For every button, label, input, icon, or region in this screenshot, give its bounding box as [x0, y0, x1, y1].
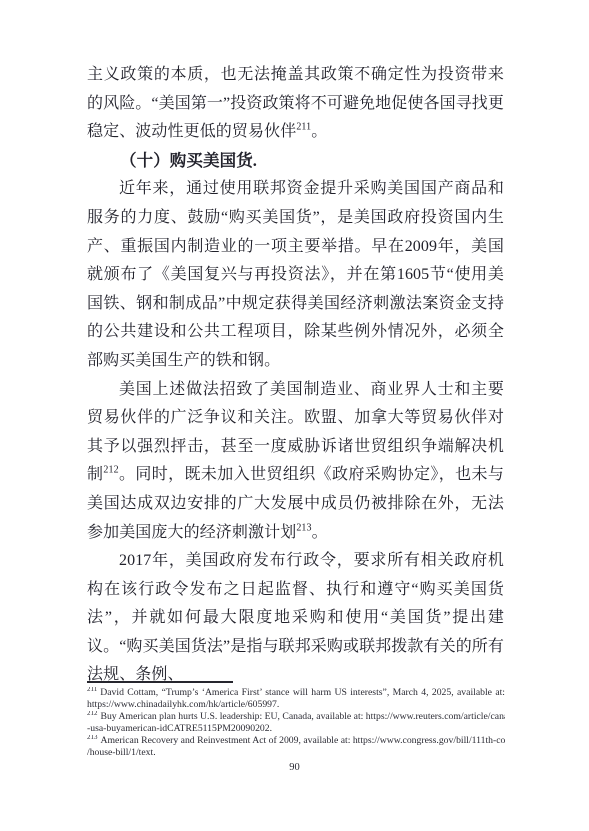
paragraph-continuation: 主义政策的本质，也无法掩盖其政策不确定性为投资带来的风险。“美国第一”投资政策将… — [87, 61, 504, 147]
footnote-text: David Cottam, “Trump’s ‘America First’ s… — [100, 687, 505, 698]
footnote-marker: 212 — [87, 711, 98, 717]
paragraph-text: 。 — [311, 123, 327, 140]
footnote-line: 212Buy American plan hurts U.S. leadersh… — [87, 711, 505, 723]
paragraph: 近年来，通过使用联邦资金提升采购美国国产商品和服务的力度、鼓励“购买美国货”，是… — [87, 175, 504, 375]
footnote-marker: 213 — [87, 735, 98, 741]
footnote-separator — [87, 681, 233, 683]
footnote-212: 212Buy American plan hurts U.S. leadersh… — [87, 711, 505, 735]
footnote-line: 213American Recovery and Reinvestment Ac… — [87, 735, 505, 747]
footnote-marker: 211 — [87, 687, 97, 693]
footnote-213: 213American Recovery and Reinvestment Ac… — [87, 735, 505, 759]
paragraph: 2017年，美国政府发布行政令，要求所有相关政府机构在该行政令发布之日起监督、执… — [87, 547, 504, 690]
footnote-ref-212: 212 — [103, 465, 118, 476]
document-page: 主义政策的本质，也无法掩盖其政策不确定性为投资带来的风险。“美国第一”投资政策将… — [0, 0, 589, 831]
footnote-ref-213: 213 — [296, 522, 311, 533]
footnotes: 211David Cottam, “Trump’s ‘America First… — [87, 687, 505, 760]
footnote-url: -usa-buyamerican-idCATRE5115PM20090202. — [87, 723, 505, 735]
footnote-url: https://www.chinadailyhk.com/hk/article/… — [87, 699, 505, 711]
footnote-text: Buy American plan hurts U.S. leadership:… — [101, 711, 506, 722]
footnote-url: /house-bill/1/text. — [87, 747, 505, 759]
footnote-211: 211David Cottam, “Trump’s ‘America First… — [87, 687, 505, 711]
footnote-ref-211: 211 — [296, 122, 311, 133]
section-heading: （十）购买美国货. — [87, 147, 504, 176]
footnote-line: 211David Cottam, “Trump’s ‘America First… — [87, 687, 505, 699]
page-number: 90 — [0, 762, 589, 773]
footnote-text: American Recovery and Reinvestment Act o… — [101, 735, 506, 746]
body-text: 主义政策的本质，也无法掩盖其政策不确定性为投资带来的风险。“美国第一”投资政策将… — [87, 61, 504, 690]
paragraph-text: 。 — [312, 524, 328, 541]
paragraph: 美国上述做法招致了美国制造业、商业界人士和主要贸易伙伴的广泛争议和关注。欧盟、加… — [87, 376, 504, 548]
